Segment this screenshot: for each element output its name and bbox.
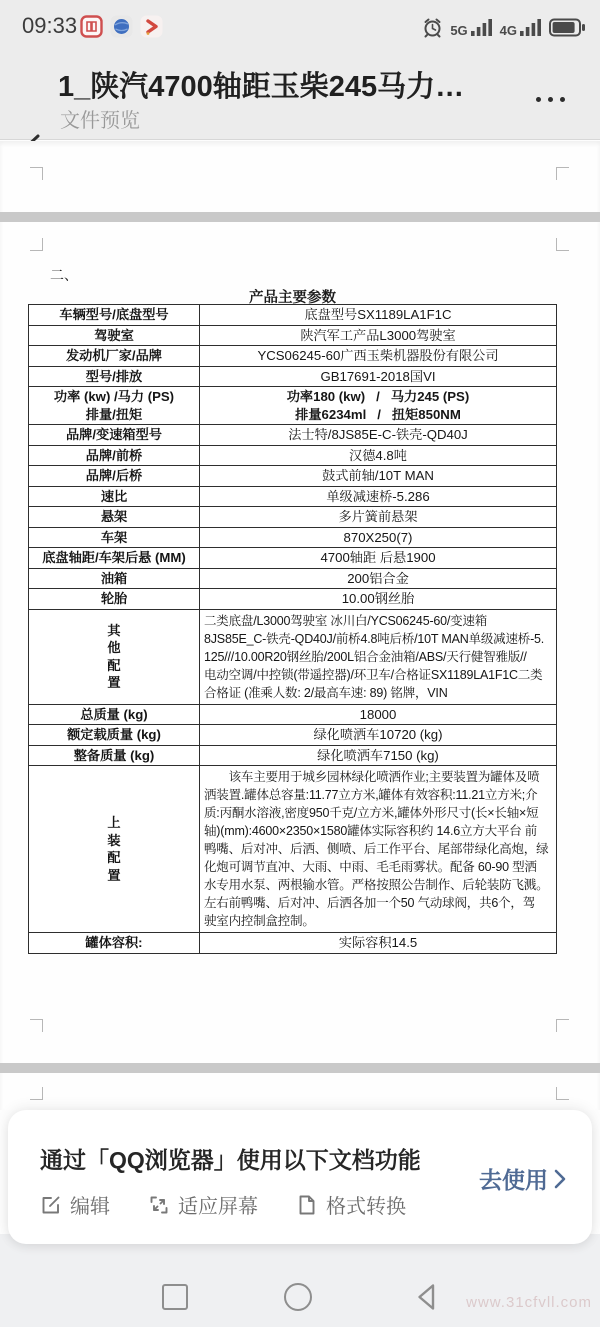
page-corner-mark	[556, 167, 569, 180]
spec-row: 轮胎10.00钢丝胎	[29, 588, 556, 609]
spec-label: 整备质量 (kg)	[29, 746, 200, 766]
page-corner-mark	[30, 167, 43, 180]
spec-label: 上 装 配 置	[29, 766, 200, 932]
spec-value: 200铝合金	[200, 569, 556, 589]
spec-label: 速比	[29, 487, 200, 507]
page-gap	[0, 212, 600, 222]
title-bar: 1_陕汽4700轴距玉柴245马力… 文件预览	[0, 56, 600, 140]
signal-5g: 5G	[450, 18, 492, 37]
spec-row: 悬架多片簧前悬架	[29, 506, 556, 527]
notification-app-icon-arrow	[140, 15, 163, 38]
spec-row: 型号/排放GB17691-2018国VI	[29, 366, 556, 387]
spec-value: 绿化喷洒车10720 (kg)	[200, 725, 556, 745]
spec-row: 上 装 配 置 该车主要用于城乡园林绿化喷洒作业;主要装置为罐体及喷 洒装置.罐…	[29, 765, 556, 932]
section-marker: 二、	[50, 265, 78, 285]
watermark: www.31cfvll.com	[466, 1294, 592, 1311]
spec-label: 品牌/变速箱型号	[29, 425, 200, 445]
banner-title: 通过「QQ浏览器」使用以下文档功能	[40, 1142, 421, 1175]
signal-bars-icon	[471, 18, 493, 37]
battery-icon	[549, 18, 586, 37]
spec-label: 车辆型号/底盘型号	[29, 305, 200, 325]
spec-label: 驾驶室	[29, 326, 200, 346]
spec-row: 底盘轴距/车架后悬 (MM)4700轴距 后悬1900	[29, 547, 556, 568]
signal-4g: 4G	[500, 18, 542, 37]
spec-label: 轮胎	[29, 589, 200, 609]
spec-row: 整备质量 (kg)绿化喷洒车7150 (kg)	[29, 745, 556, 766]
spec-row: 功率 (kw) /马力 (PS) 排量/扭矩功率180 (kw) / 马力245…	[29, 386, 556, 424]
fit-screen-icon	[148, 1194, 170, 1216]
notification-app-icon-globe	[110, 15, 133, 38]
page-corner-mark	[30, 1019, 43, 1032]
spec-row: 驾驶室陕汽军工产品L3000驾驶室	[29, 325, 556, 346]
spec-row: 品牌/后桥鼓式前轴/10T MAN	[29, 465, 556, 486]
spec-value: 多片簧前悬架	[200, 507, 556, 527]
spec-row: 车架870X250(7)	[29, 527, 556, 548]
spec-value: 10.00钢丝胎	[200, 589, 556, 609]
spec-value: 鼓式前轴/10T MAN	[200, 466, 556, 486]
status-bar: 09:33 5G	[0, 0, 600, 56]
spec-row: 速比单级减速桥-5.286	[29, 486, 556, 507]
format-convert-icon	[296, 1194, 318, 1216]
banner-action-编辑[interactable]: 编辑	[40, 1190, 110, 1219]
spec-value: 功率180 (kw) / 马力245 (PS) 排量6234ml / 扭矩850…	[200, 387, 556, 424]
page-corner-mark	[30, 238, 43, 251]
spec-label: 其 他 配 置	[29, 610, 200, 704]
spec-label: 品牌/后桥	[29, 466, 200, 486]
banner-action-格式转换[interactable]: 格式转换	[296, 1190, 406, 1219]
spec-value: 二类底盘/L3000驾驶室 冰川白/YCS06245-60/变速箱 8JS85E…	[200, 610, 556, 704]
spec-label: 悬架	[29, 507, 200, 527]
chevron-right-icon	[552, 1167, 568, 1191]
spec-value: 4700轴距 后悬1900	[200, 548, 556, 568]
spec-row: 罐体容积:实际容积14.5	[29, 932, 556, 953]
page-corner-mark	[556, 238, 569, 251]
spec-label: 罐体容积:	[29, 933, 200, 953]
network-type-label: 4G	[500, 24, 517, 37]
spec-value: 汉德4.8吨	[200, 446, 556, 466]
spec-row: 品牌/变速箱型号法士特/8JS85E-C-铁壳-QD40J	[29, 424, 556, 445]
document-preview-area[interactable]: 二、 产品主要参数 车辆型号/底盘型号底盘型号SX1189LA1F1C驾驶室陕汽…	[0, 141, 600, 1110]
spec-value: 18000	[200, 705, 556, 725]
page-corner-mark	[556, 1019, 569, 1032]
spec-label: 车架	[29, 528, 200, 548]
notification-app-icon-red-book	[80, 15, 103, 38]
spec-row: 车辆型号/底盘型号底盘型号SX1189LA1F1C	[29, 305, 556, 325]
spec-label: 发动机厂家/品牌	[29, 346, 200, 366]
spec-label: 油箱	[29, 569, 200, 589]
spec-value: 870X250(7)	[200, 528, 556, 548]
spec-table: 车辆型号/底盘型号底盘型号SX1189LA1F1C驾驶室陕汽军工产品L3000驾…	[28, 304, 557, 954]
spec-label: 型号/排放	[29, 367, 200, 387]
page-gap	[0, 1063, 600, 1073]
spec-value: 法士特/8JS85E-C-铁壳-QD40J	[200, 425, 556, 445]
back-nav-button[interactable]	[411, 1281, 443, 1313]
banner-action-label: 编辑	[70, 1190, 110, 1219]
recents-button[interactable]	[159, 1281, 191, 1313]
spec-row: 其 他 配 置二类底盘/L3000驾驶室 冰川白/YCS06245-60/变速箱…	[29, 609, 556, 704]
back-triangle-icon	[411, 1281, 443, 1313]
phone-screen: 09:33 5G	[0, 0, 600, 1327]
alarm-clock-icon	[422, 17, 443, 38]
home-button[interactable]	[282, 1281, 314, 1313]
spec-row: 发动机厂家/品牌YCS06245-60广西玉柴机器股份有限公司	[29, 345, 556, 366]
spec-row: 额定载质量 (kg)绿化喷洒车10720 (kg)	[29, 724, 556, 745]
spec-row: 总质量 (kg)18000	[29, 704, 556, 725]
spec-value: 陕汽军工产品L3000驾驶室	[200, 326, 556, 346]
status-right-cluster: 5G 4G	[422, 12, 586, 42]
page-corner-mark	[30, 1087, 43, 1100]
qq-browser-banner: 通过「QQ浏览器」使用以下文档功能 去使用 编辑适应屏幕格式转换	[8, 1110, 592, 1244]
clock-time: 09:33	[22, 13, 77, 39]
go-use-label: 去使用	[479, 1162, 548, 1195]
spec-value: 单级减速桥-5.286	[200, 487, 556, 507]
document-title: 1_陕汽4700轴距玉柴245马力…	[58, 64, 510, 105]
banner-actions: 编辑适应屏幕格式转换	[40, 1190, 406, 1219]
more-menu-button[interactable]	[524, 86, 576, 112]
spec-value: GB17691-2018国VI	[200, 367, 556, 387]
spec-label: 品牌/前桥	[29, 446, 200, 466]
spec-value: 该车主要用于城乡园林绿化喷洒作业;主要装置为罐体及喷 洒装置.罐体总容量:11.…	[200, 766, 556, 932]
network-type-label: 5G	[450, 24, 467, 37]
signal-bars-icon	[520, 18, 542, 37]
spec-row: 油箱200铝合金	[29, 568, 556, 589]
banner-action-label: 适应屏幕	[178, 1190, 258, 1219]
spec-value: 绿化喷洒车7150 (kg)	[200, 746, 556, 766]
spec-value: YCS06245-60广西玉柴机器股份有限公司	[200, 346, 556, 366]
page-subtitle: 文件预览	[60, 104, 140, 133]
spec-value: 底盘型号SX1189LA1F1C	[200, 305, 556, 325]
spec-label: 功率 (kw) /马力 (PS) 排量/扭矩	[29, 387, 200, 424]
android-nav-bar: www.31cfvll.com	[0, 1234, 600, 1327]
spec-value: 实际容积14.5	[200, 933, 556, 953]
banner-action-适应屏幕[interactable]: 适应屏幕	[148, 1190, 258, 1219]
spec-label: 底盘轴距/车架后悬 (MM)	[29, 548, 200, 568]
spec-label: 额定载质量 (kg)	[29, 725, 200, 745]
banner-action-label: 格式转换	[326, 1190, 406, 1219]
spec-row: 品牌/前桥汉德4.8吨	[29, 445, 556, 466]
go-use-button[interactable]: 去使用	[479, 1162, 568, 1195]
page-corner-mark	[556, 1087, 569, 1100]
spec-label: 总质量 (kg)	[29, 705, 200, 725]
edit-icon	[40, 1194, 62, 1216]
